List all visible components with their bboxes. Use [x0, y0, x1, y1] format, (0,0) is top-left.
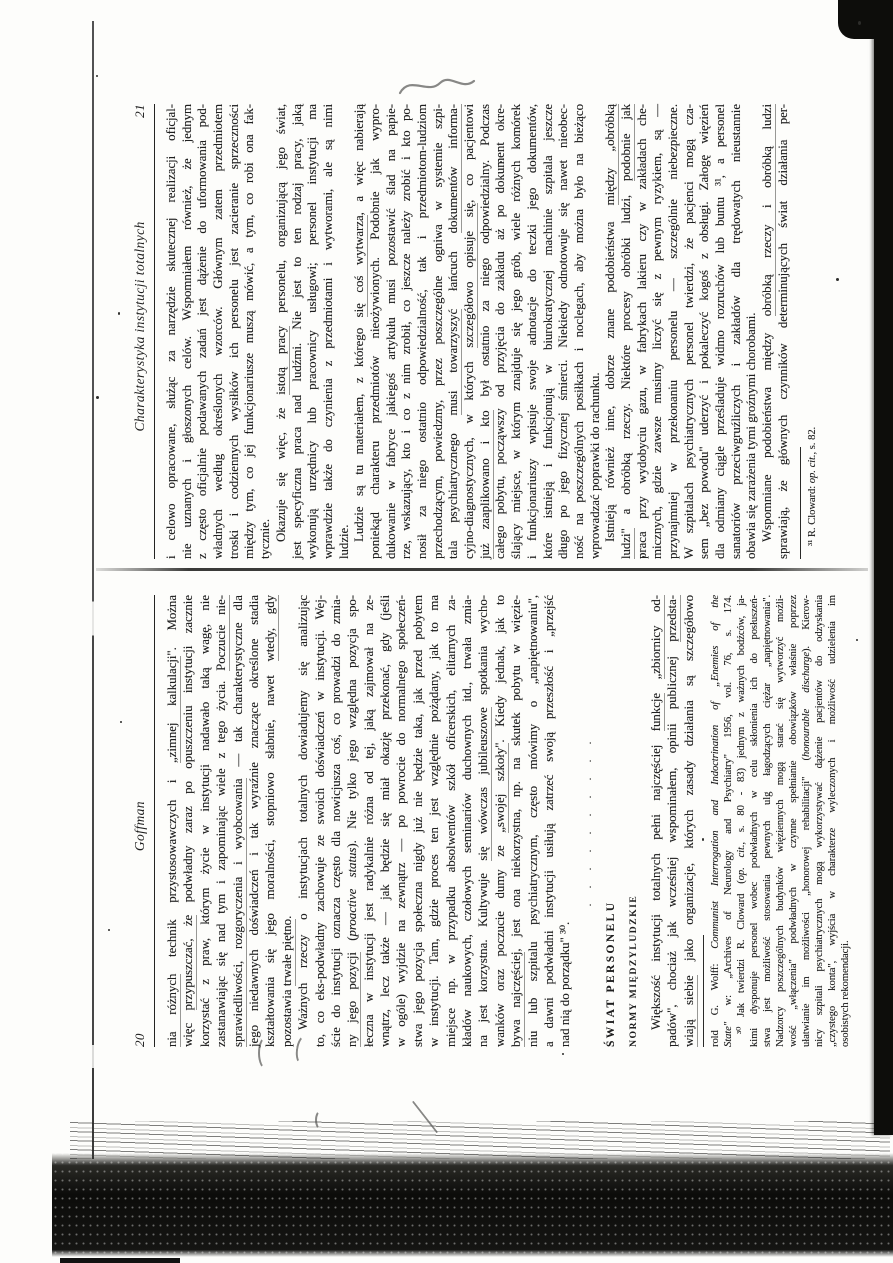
text-line: kształtowania się jego moralności, stopn… [262, 595, 278, 1047]
page-20-number: 20 [132, 1033, 148, 1047]
pencil-underline: „swojej szkoły" [493, 743, 509, 833]
text-line: nosił za niego ostatnio odpowiedzialność… [415, 104, 431, 559]
pencil-underline: podobnie jak [619, 104, 635, 181]
text-line: korzystać z praw, którym życie w instytu… [197, 595, 213, 1047]
text-line: to, co eks-podwładny zachowuje ze swoich… [312, 595, 328, 1047]
scan-edge-bar [60, 1258, 180, 1263]
text-line: więc przypuszczać, że podwładny zaraz po… [180, 595, 196, 1047]
text-line: a dawni podwładni instytucji usiłują zat… [541, 595, 557, 1047]
section-heading-swiat-personelu: ŚWIAT PERSONELU [605, 595, 625, 1047]
scan-speck [108, 929, 110, 931]
text-line: poniekąd charakteru przedmiotów nieożywi… [368, 104, 384, 559]
italic-text: proactive status [345, 848, 359, 937]
scanned-book-spread: 20 Goffman nia różnych technik przystoso… [0, 0, 893, 1263]
text-line: stwa jego pozycja społeczna nigdy już ni… [410, 595, 426, 1047]
text-line: Większość instytucji totalnych pełni naj… [648, 595, 664, 1047]
text-line: sanatoriów przeciwgruźliczych i zakładów… [729, 104, 745, 559]
text-line: zastanawiając się nad tym i zapominając … [213, 595, 229, 1047]
text-line: już zaaplikowano i kto był ostatnio za n… [478, 104, 494, 559]
text-line: wość „włączenia" podwładnych w czynne sp… [787, 595, 800, 1047]
page-20-running-head: Goffman [132, 619, 148, 1033]
scan-noise-speckle [52, 1153, 893, 1257]
text-line: Wspomniane podobieństwa między obróbką r… [760, 104, 776, 559]
pencil-underline: nia różnych [165, 974, 181, 1047]
page-21-number: 21 [132, 104, 148, 118]
page-20-ellipsis-line: . . . . . . . . . . [580, 595, 598, 1047]
page-21-running-head-row: Charakterystyka instytucji totalnych 21 [132, 104, 152, 559]
text-line: wiają siebie jako organizacje, których z… [681, 595, 697, 1047]
text-line: w ogóle) wyjdzie na zewnątrz — po powroc… [393, 595, 409, 1047]
text-line: przechodzącym, powiedzmy, przez poszczeg… [431, 104, 447, 559]
pencil-underline: dokumentów informa- [446, 104, 462, 233]
text-line: sprawiają, że głównych czynników determi… [776, 104, 792, 559]
pencil-margin-squiggle [398, 71, 476, 97]
text-line: Okazuje się więc, że istotą pracy person… [274, 104, 290, 559]
scan-left-dark-band [52, 1153, 893, 1257]
text-line: które istnieją i funkcjonują w biurokrat… [541, 104, 557, 559]
page-21-running-head: Charakterystyka instytucji totalnych [132, 118, 148, 535]
pencil-underline: przypuszczać, że [181, 915, 197, 1011]
subsection-heading-normy-miedzyludzkie: NORMY MIĘDZYLUDZKIE [628, 595, 644, 1047]
text-line: wprawdzie także do czynienia z przedmiot… [321, 104, 337, 559]
text-line: nicy szpitali psychiatrycznych mogą wyko… [813, 595, 826, 1047]
text-line: tycznie. [258, 104, 274, 559]
text-line: ułatwianie im możliwości „honorowej reha… [800, 595, 813, 1047]
text-line: łeczna w instytucji jest radykalnie różn… [361, 595, 377, 1047]
text-line: wnątrz, lecz także — jak będzie się miał… [377, 595, 393, 1047]
page-21-header-rule [154, 104, 155, 559]
book-gutter-shadow [96, 568, 868, 571]
text-line: między tym, co jej funkcjonariusze muszą… [242, 104, 258, 559]
text-line: dukowanie w fabryce jakiegoś artykułu mu… [384, 104, 400, 559]
italic-text: honourable discharge [800, 652, 812, 757]
text-line: ³¹ R. Cloward: op. cit., s. 82. [806, 104, 819, 559]
text-line: stwa jest możliwość stosowania pewnych u… [761, 595, 774, 1047]
text-line: przynajmniej w przekonaniu personelu — s… [666, 104, 682, 559]
pencil-underline: ny jego pozycji [345, 952, 361, 1047]
page-21-footnote-rule [800, 447, 801, 559]
page-top-edge-line [92, 21, 94, 1159]
text-line: bywa najczęściej, jest ona niekorzystna,… [508, 595, 524, 1047]
text-line: Nadzorcy poszczególnych budynków więzien… [774, 595, 787, 1047]
pencil-underline: wiają siebie [682, 975, 698, 1047]
pencil-margin-arc [315, 1110, 327, 1130]
text-line: i celowo opracowane, służąc za narzędzie… [164, 104, 180, 559]
scan-speck [562, 1053, 564, 1055]
text-line: nia różnych technik przystosowawczych i … [164, 595, 180, 1047]
pencil-underline: między „obróbką [603, 104, 619, 205]
page-20-body-text-2: Większość instytucji totalnych pełni naj… [648, 595, 697, 1047]
pencil-underline: musi towarzyszyć [446, 309, 462, 416]
text-line: władnych według określonych wzorców. Głó… [211, 104, 227, 559]
scan-speck [118, 312, 120, 315]
text-line: wykonują urzędnicy lub pracownicy usługo… [305, 104, 321, 559]
scan-speck [96, 396, 99, 399]
scan-speck [856, 639, 858, 641]
text-line: nie uznanych i głoszonych celów. Wspomni… [180, 104, 196, 559]
pencil-underline: „zbiornicy od- [649, 595, 665, 679]
text-line: ślający miejsce, w którym znajduje się j… [509, 104, 525, 559]
text-line: jego niedawnych doświadczeń i tak wyraźn… [246, 595, 262, 1047]
text-line: i funkcjonariuszy wpisuje swoje adnotacj… [525, 104, 541, 559]
page-20-running-head-row: 20 Goffman [132, 595, 152, 1047]
pencil-underline: wtedy, gdy [263, 595, 279, 662]
text-line: ludzie. [337, 104, 353, 559]
page-21-body-text: i celowo opracowane, służąc za narzędzie… [164, 104, 792, 559]
text-line: obawia się zarażenia tymi groźnymi choro… [744, 104, 760, 559]
text-line: ny jego pozycji (proactive status). Nie … [344, 595, 360, 1047]
text-line: wanków oraz poczucie dumy ze „swojej szk… [492, 595, 508, 1047]
scan-speck [96, 75, 98, 77]
text-line: nad nią do porządku" ³⁰. [557, 595, 573, 1047]
pencil-underline: przedsta- [665, 595, 681, 642]
page-20-footnotes: rold G. Wolff: Communist Interrogation a… [709, 595, 852, 1047]
text-line: tala psychiatrycznego musi towarzyszyć ł… [446, 104, 462, 559]
page-20: 20 Goffman nia różnych technik przystoso… [132, 595, 852, 1047]
pencil-underline: trwałe piętno [280, 919, 296, 986]
text-line: osobistych rekomendacji. [839, 595, 852, 1047]
text-line: W szpitalach psychiatrycznych personel t… [682, 104, 698, 559]
italic-text: op. cit., [806, 452, 818, 483]
text-line: ³⁰ Jak twierdzi R. Cloward (op. cit., s.… [735, 595, 748, 1047]
italic-text: Communist Interrogation and Indoctrinati… [709, 595, 721, 949]
text-line: Ważnych rzeczy o instytucjach totalnych … [295, 595, 311, 1047]
text-line: dla odmiany ciągle prześladuje widmo roz… [713, 104, 729, 559]
text-line: sem „bez powodu" uderzyć i pokaleczyć ko… [697, 104, 713, 559]
scan-speck [120, 721, 122, 723]
text-line: na jest korzystna. Kultywuje się wówczas… [475, 595, 491, 1047]
pencil-underline: szczegółowo opisuje się [462, 203, 478, 348]
text-line: kimi dysponuje personel wobec podwładnyc… [748, 595, 761, 1047]
text-line: pozostawia trwałe piętno. [279, 595, 295, 1047]
text-line: rold G. Wolff: Communist Interrogation a… [709, 595, 722, 1047]
text-line: State" w: „Archives of Neurology and Psy… [722, 595, 735, 1047]
pencil-underline: funkcje [649, 693, 665, 731]
page-21: Charakterystyka instytucji totalnych 21 … [132, 104, 819, 559]
text-line: padów", chociaż jak wcześniej wspominałe… [664, 595, 680, 1047]
text-line: wprowadzać poprawki do rachunku. [588, 104, 604, 559]
pencil-underline: obróbką rzeczy i obróbką ludzi [760, 104, 776, 316]
text-line: praca przy wydobyciu gazu, w fabrykach l… [635, 104, 651, 559]
pencil-underline: Poczucie nie- [214, 595, 230, 671]
text-line: „czystego konta", wyjścia w charakterze … [826, 595, 839, 1047]
scan-corner-dark-patch [838, 0, 893, 39]
text-line: niu lub szpitalu psychiatrycznym, często… [525, 595, 541, 1047]
text-line: ludzi" a obróbką rzeczy. Niektóre proces… [619, 104, 635, 559]
text-line: rze, wskazujący, kto i co z nim zrobił, … [399, 104, 415, 559]
text-line: kładów naukowych, czołowych seminariów d… [459, 595, 475, 1047]
scan-speck [858, 21, 861, 25]
italic-text: State" [722, 1022, 734, 1047]
text-line: ność na poszczególnych posiłkach i nocle… [572, 104, 588, 559]
text-line: jest specyficzna praca nad ludźmi. Nie j… [290, 104, 306, 559]
text-line: Ludzie są tu materiałem, z którego się c… [352, 104, 368, 559]
text-line: micznych, gdzie zawsze musimy liczyć się… [650, 104, 666, 559]
pencil-underline: ludzi" [619, 528, 635, 559]
pencil-underline: „zimnej kalkulacji [165, 656, 181, 763]
page-21-footnotes: ³¹ R. Cloward: op. cit., s. 82. [806, 104, 819, 559]
pencil-underline: istotą pracy [274, 326, 290, 395]
scan-bottom-dark-band [874, 0, 893, 1135]
text-line: miejsce np. w przypadku absolwentów szkó… [443, 595, 459, 1047]
italic-text: op. cit., [735, 842, 747, 880]
page-20-header-rule [154, 595, 155, 1047]
text-line: w instytucji. Tam, gdzie proces ten jest… [426, 595, 442, 1047]
pencil-underline: się wówczas jubileuszowe [476, 707, 492, 860]
text-line: długo po jego fizycznej śmierci. Niekied… [556, 104, 572, 559]
page-20-footnote-rule [703, 935, 704, 1047]
scan-speck [836, 278, 839, 281]
text-line: troski i codziennych wysiłków ich person… [227, 104, 243, 559]
pencil-underline: już zaaplikowano i kto [478, 410, 494, 559]
pencil-underline: sprawiedliwości, rozgoryczenia i wyobcow… [231, 778, 247, 1047]
pencil-underline: bywa najczęściej [509, 952, 525, 1047]
text-line: całego pobytu, począwszy od przyjęcia do… [493, 104, 509, 559]
pencil-underline: się coś wytwarza [352, 215, 368, 317]
book-fore-edge-streaks [70, 1121, 890, 1159]
page-20-body-text: nia różnych technik przystosowawczych i … [164, 595, 574, 1047]
text-line: Istnieją również inne, dobrze znane podo… [603, 104, 619, 559]
text-line: sprawiedliwości, rozgoryczenia i wyobcow… [230, 595, 246, 1047]
text-line: ście do instytucji oznacza często dla no… [328, 595, 344, 1047]
text-line: cyjno-diagnostycznych, w których szczegó… [462, 104, 478, 559]
text-line: z często oficjalnie podawanych zadań jes… [195, 104, 211, 559]
